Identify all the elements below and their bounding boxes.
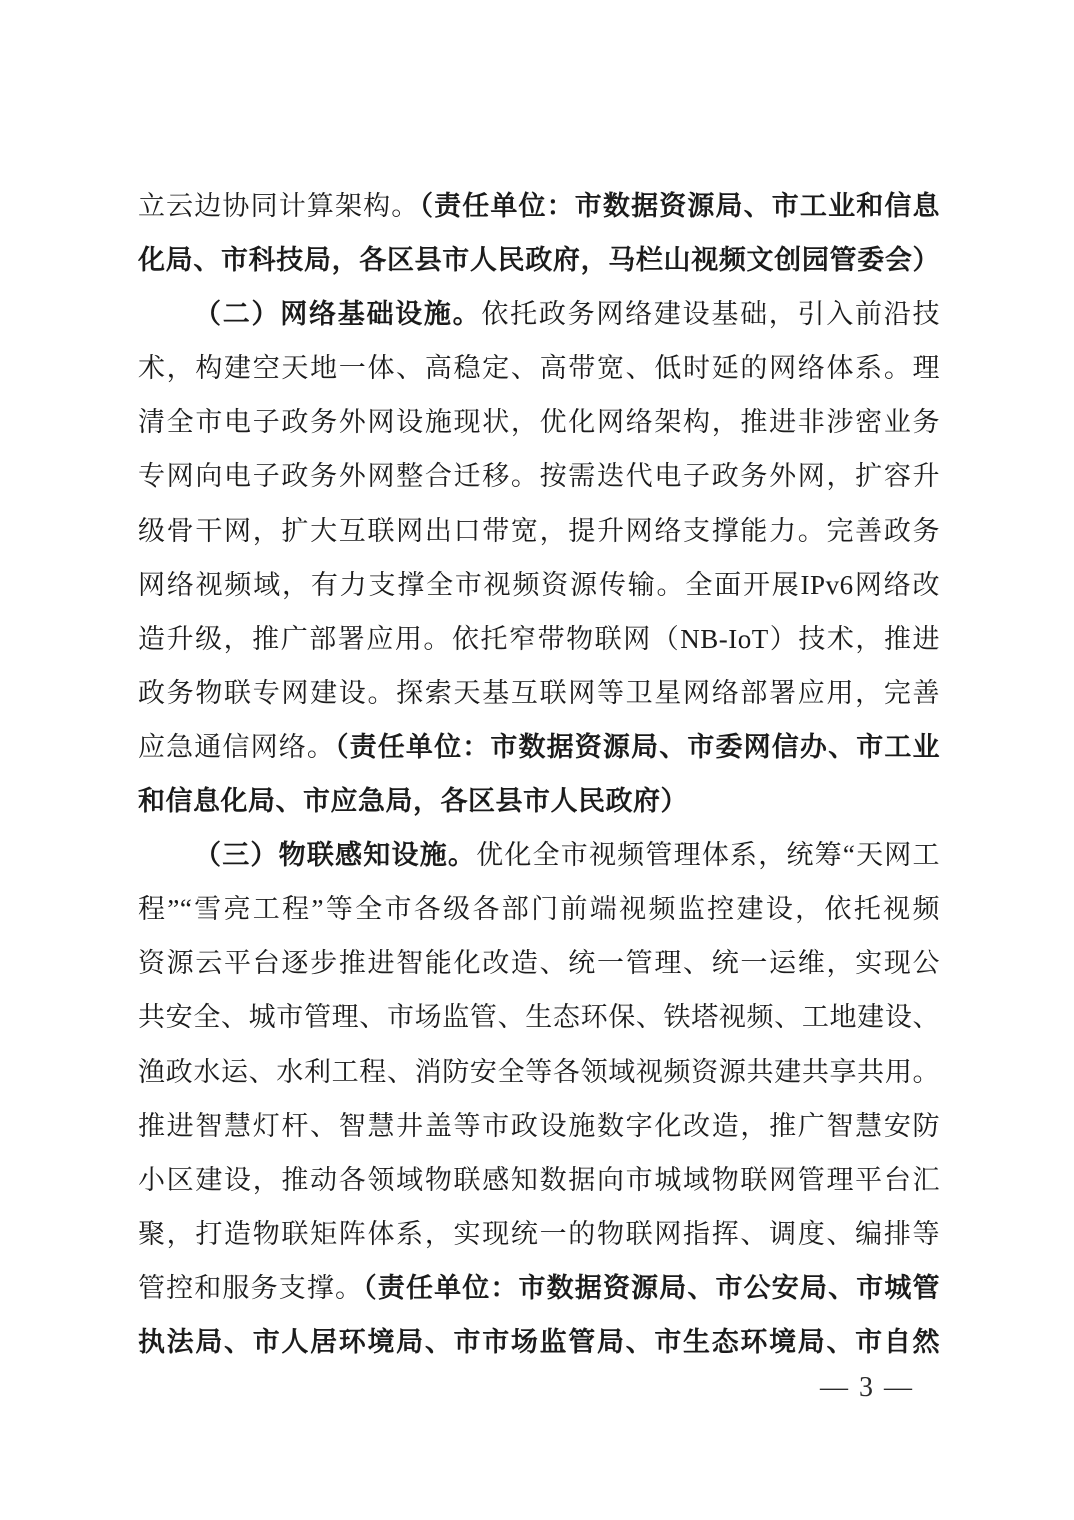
text-run: 级骨干网，扩大互联网出口带宽，提升网络支撑能力。完善政务: [138, 516, 940, 546]
bold-text-run: （二）网络基础设施。: [194, 299, 481, 329]
text-run: 术，构建空天地一体、高稳定、高带宽、低时延的网络体系。理: [138, 353, 940, 383]
text-line: 级骨干网，扩大互联网出口带宽，提升网络支撑能力。完善政务: [138, 504, 940, 558]
text-run: 立云边协同计算架构。: [138, 191, 419, 221]
text-run: 小区建设，推动各领域物联感知数据向市城域物联网管理平台汇: [138, 1165, 940, 1195]
text-block: 立云边协同计算架构。（责任单位：市数据资源局、市工业和信息化局、市科技局，各区县…: [138, 179, 940, 1369]
text-line: 政务物联专网建设。探索天基互联网等卫星网络部署应用，完善: [138, 666, 940, 720]
text-run: 程”“雪亮工程”等全市各级各部门前端视频监控建设，依托视频: [138, 894, 940, 924]
bold-text-run: 和信息化局、市应急局，各区县市人民政府）: [138, 786, 688, 816]
text-line: 聚，打造物联矩阵体系，实现统一的物联网指挥、调度、编排等: [138, 1207, 940, 1261]
text-run: 清全市电子政务外网设施现状，优化网络架构，推进非涉密业务: [138, 407, 940, 437]
text-line: 共安全、城市管理、市场监管、生态环保、铁塔视频、工地建设、: [138, 990, 940, 1044]
text-line: （二）网络基础设施。依托政务网络建设基础，引入前沿技: [138, 287, 940, 341]
text-run: 专网向电子政务外网整合迁移。按需迭代电子政务外网，扩容升: [138, 461, 940, 491]
page-number: — 3 —: [138, 1368, 940, 1408]
bold-text-run: 执法局、市人居环境局、市市场监管局、市生态环境局、市自然: [138, 1327, 940, 1357]
text-line: 专网向电子政务外网整合迁移。按需迭代电子政务外网，扩容升: [138, 449, 940, 503]
bold-text-run: （三）物联感知设施。: [194, 840, 476, 870]
text-run: 网络视频域，有力支撑全市视频资源传输。全面开展IPv6网络改: [138, 570, 940, 600]
text-line: 立云边协同计算架构。（责任单位：市数据资源局、市工业和信息: [138, 179, 940, 233]
document-page: 立云边协同计算架构。（责任单位：市数据资源局、市工业和信息化局、市科技局，各区县…: [0, 0, 1074, 1520]
text-line: 清全市电子政务外网设施现状，优化网络架构，推进非涉密业务: [138, 395, 940, 449]
text-run: 渔政水运、水利工程、消防安全等各领域视频资源共建共享共用。: [138, 1057, 940, 1087]
text-line: 执法局、市人居环境局、市市场监管局、市生态环境局、市自然: [138, 1315, 940, 1369]
text-line: 程”“雪亮工程”等全市各级各部门前端视频监控建设，依托视频: [138, 882, 940, 936]
bold-text-run: （责任单位：市数据资源局、市工业和信息: [419, 191, 940, 221]
text-run: 政务物联专网建设。探索天基互联网等卫星网络部署应用，完善: [138, 678, 940, 708]
text-run: 优化全市视频管理体系，统筹“天网工: [476, 840, 940, 870]
text-run: 管控和服务支撑。: [138, 1273, 363, 1303]
text-line: 推进智慧灯杆、智慧井盖等市政设施数字化改造，推广智慧安防: [138, 1099, 940, 1153]
text-line: 造升级，推广部署应用。依托窄带物联网（NB-IoT）技术，推进: [138, 612, 940, 666]
text-line: 术，构建空天地一体、高稳定、高带宽、低时延的网络体系。理: [138, 341, 940, 395]
text-run: 应急通信网络。: [138, 732, 335, 762]
text-line: 资源云平台逐步推进智能化改造、统一管理、统一运维，实现公: [138, 936, 940, 990]
text-line: 应急通信网络。（责任单位：市数据资源局、市委网信办、市工业: [138, 720, 940, 774]
text-line: （三）物联感知设施。优化全市视频管理体系，统筹“天网工: [138, 828, 940, 882]
text-run: 聚，打造物联矩阵体系，实现统一的物联网指挥、调度、编排等: [138, 1219, 940, 1249]
text-line: 管控和服务支撑。（责任单位：市数据资源局、市公安局、市城管: [138, 1261, 940, 1315]
text-run: 依托政务网络建设基础，引入前沿技: [481, 299, 940, 329]
text-line: 和信息化局、市应急局，各区县市人民政府）: [138, 774, 940, 828]
text-line: 化局、市科技局，各区县市人民政府，马栏山视频文创园管委会）: [138, 233, 940, 287]
bold-text-run: （责任单位：市数据资源局、市委网信办、市工业: [335, 732, 940, 762]
text-run: 资源云平台逐步推进智能化改造、统一管理、统一运维，实现公: [138, 948, 940, 978]
bold-text-run: 化局、市科技局，各区县市人民政府，马栏山视频文创园管委会）: [138, 245, 940, 275]
text-run: 共安全、城市管理、市场监管、生态环保、铁塔视频、工地建设、: [138, 1002, 940, 1032]
text-line: 网络视频域，有力支撑全市视频资源传输。全面开展IPv6网络改: [138, 558, 940, 612]
text-line: 小区建设，推动各领域物联感知数据向市城域物联网管理平台汇: [138, 1153, 940, 1207]
text-run: 推进智慧灯杆、智慧井盖等市政设施数字化改造，推广智慧安防: [138, 1111, 940, 1141]
text-run: 造升级，推广部署应用。依托窄带物联网（NB-IoT）技术，推进: [138, 624, 940, 654]
bold-text-run: （责任单位：市数据资源局、市公安局、市城管: [363, 1273, 940, 1303]
text-line: 渔政水运、水利工程、消防安全等各领域视频资源共建共享共用。: [138, 1045, 940, 1099]
